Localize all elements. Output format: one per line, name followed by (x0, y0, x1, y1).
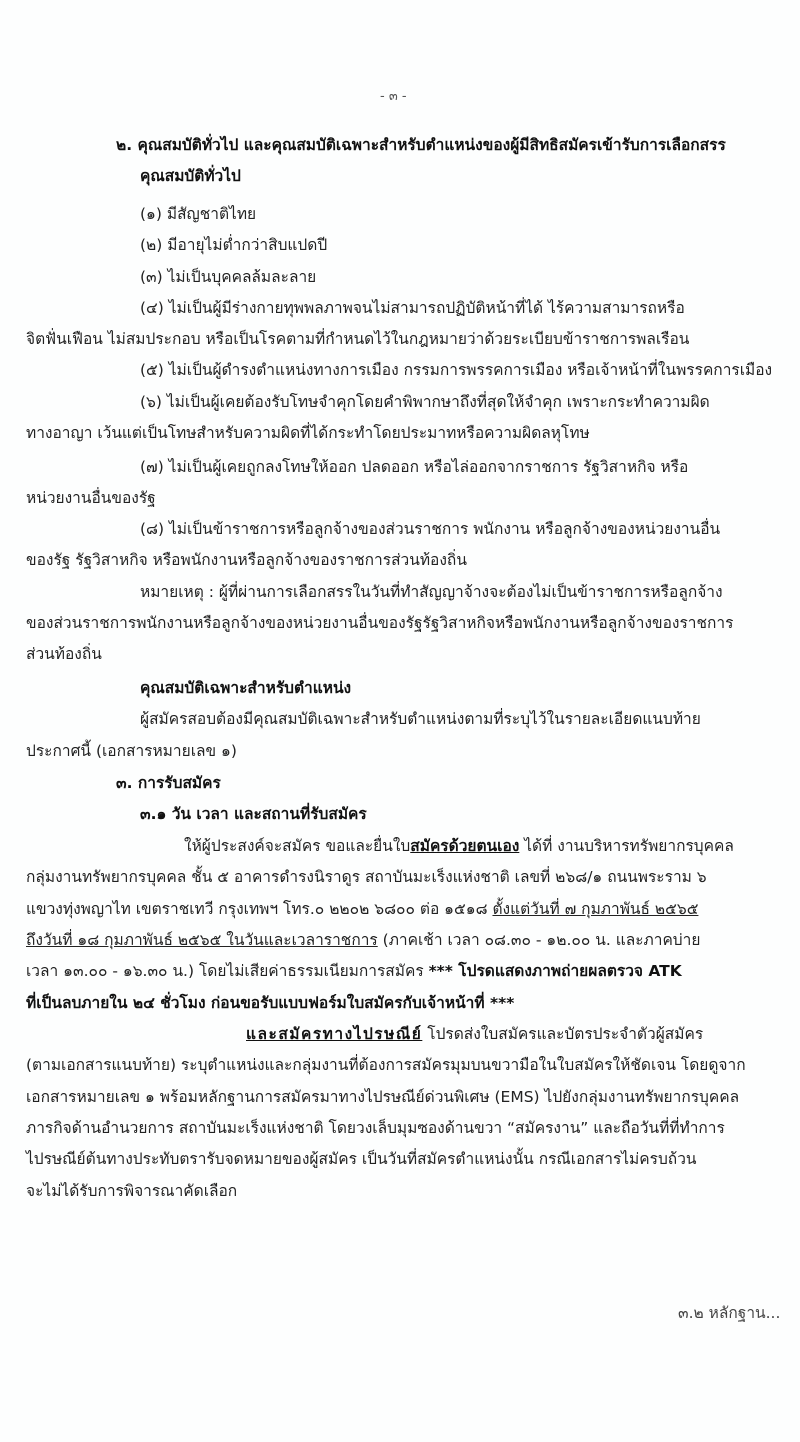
postal-paragraph-line-3: เอกสารหมายเลข ๑ พร้อมหลักฐานการสมัครมาทา… (26, 1086, 739, 1108)
qualification-item-1: (๑) มีสัญชาติไทย (140, 203, 256, 225)
note-line-2: ของส่วนราชการพนักงานหรือลูกจ้างของหน่วยง… (26, 612, 733, 634)
specific-qualifications-line-1: ผู้สมัครสอบต้องมีคุณสมบัติเฉพาะสำหรับตำแ… (140, 708, 701, 730)
qualification-item-2: (๒) มีอายุไม่ต่ำกว่าสิบแปดปี (140, 234, 327, 256)
page-number: - ๓ - (380, 86, 407, 108)
postal-paragraph-line-1: และสมัครทางไปรษณีย์ โปรดส่งใบสมัครและบัต… (246, 1023, 703, 1045)
section-3-1-heading: ๓.๑ วัน เวลา และสถานที่รับสมัคร (140, 803, 367, 825)
note-line-1: หมายเหตุ : ผู้ที่ผ่านการเลือกสรรในวันที่… (140, 581, 723, 603)
section-2-heading: ๒. คุณสมบัติทั่วไป และคุณสมบัติเฉพาะสำหร… (116, 134, 726, 156)
qualification-item-5: (๕) ไม่เป็นผู้ดำรงตำแหน่งทางการเมือง กรร… (140, 359, 772, 381)
qualification-item-4: (๔) ไม่เป็นผู้มีร่างกายทุพพลภาพจนไม่สามา… (140, 297, 685, 319)
document-page: - ๓ - ๒. คุณสมบัติทั่วไป และคุณสมบัติเฉพ… (0, 0, 800, 1442)
text: แขวงทุ่งพญาไท เขตราชเทวี กรุงเทพฯ โทร.๐ … (26, 900, 492, 918)
application-paragraph-line-1: ให้ผู้ประสงค์จะสมัคร ขอและยื่นใบสมัครด้ว… (184, 835, 734, 857)
general-qualifications-title: คุณสมบัติทั่วไป (140, 165, 241, 187)
postal-paragraph-line-5: ไปรษณีย์ต้นทางประทับตรารับจดหมายของผู้สม… (26, 1148, 697, 1170)
atk-notice: *** โปรดแสดงภาพถ่ายผลตรวจ ATK (429, 962, 682, 980)
qualification-item-6: (๖) ไม่เป็นผู้เคยต้องรับโทษจำคุกโดยคำพิพ… (140, 391, 710, 413)
postal-paragraph-line-6: จะไม่ได้รับการพิจารณาคัดเลือก (26, 1180, 237, 1202)
qualification-item-7-cont: หน่วยงานอื่นของรัฐ (26, 487, 156, 509)
application-paragraph-line-3: แขวงทุ่งพญาไท เขตราชเทวี กรุงเทพฯ โทร.๐ … (26, 898, 698, 920)
qualification-item-6-cont: ทางอาญา เว้นแต่เป็นโทษสำหรับความผิดที่ได… (26, 422, 590, 444)
specific-qualifications-title: คุณสมบัติเฉพาะสำหรับตำแหน่ง (140, 677, 351, 699)
application-paragraph-line-4: ถึงวันที่ ๑๘ กุมภาพันธ์ ๒๕๖๕ ในวันและเวล… (26, 929, 700, 951)
qualification-item-8-cont: ของรัฐ รัฐวิสาหกิจ หรือพนักงานหรือลูกจ้า… (26, 549, 467, 571)
application-paragraph-line-5: เวลา ๑๓.๐๐ - ๑๖.๓๐ น.) โดยไม่เสียค่าธรรม… (26, 960, 682, 982)
postal-paragraph-line-4: ภารกิจด้านอำนวยการ สถาบันมะเร็งแห่งชาติ … (26, 1117, 725, 1139)
text: ให้ผู้ประสงค์จะสมัคร ขอและยื่นใบ (184, 837, 410, 855)
text: ได้ที่ งานบริหารทรัพยากรบุคคล (519, 837, 734, 855)
postal-paragraph-line-2: (ตามเอกสารแนบท้าย) ระบุตำแหน่งและกลุ่มงา… (26, 1054, 746, 1076)
date-range-start: ตั้งแต่วันที่ ๗ กุมภาพันธ์ ๒๕๖๕ (492, 900, 698, 918)
qualification-item-8: (๘) ไม่เป็นข้าราชการหรือลูกจ้างของส่วนรา… (140, 518, 720, 540)
atk-notice-cont: ที่เป็นลบภายใน ๒๔ ชั่วโมง ก่อนขอรับแบบฟอ… (26, 992, 514, 1014)
date-range-end: ถึงวันที่ ๑๘ กุมภาพันธ์ ๒๕๖๕ ในวันและเวล… (26, 931, 378, 949)
apply-in-person-emphasis: สมัครด้วยตนเอง (410, 837, 519, 855)
qualification-item-3: (๓) ไม่เป็นบุคคลล้มละลาย (140, 266, 316, 288)
specific-qualifications-line-2: ประกาศนี้ (เอกสารหมายเลข ๑) (26, 740, 237, 762)
section-3-heading: ๓. การรับสมัคร (116, 772, 221, 794)
apply-by-mail-emphasis: และสมัครทางไปรษณีย์ (246, 1025, 422, 1043)
application-paragraph-line-2: กลุ่มงานทรัพยากรบุคคล ชั้น ๕ อาคารดำรงนิ… (26, 866, 707, 888)
note-line-3: ส่วนท้องถิ่น (26, 643, 102, 665)
qualification-item-4-cont: จิตฟั่นเฟือน ไม่สมประกอบ หรือเป็นโรคตามท… (26, 328, 689, 350)
text: เวลา ๑๓.๐๐ - ๑๖.๓๐ น.) โดยไม่เสียค่าธรรม… (26, 962, 429, 980)
continuation-marker: ๓.๒ หลักฐาน... (678, 1302, 780, 1324)
qualification-item-7: (๗) ไม่เป็นผู้เคยถูกลงโทษให้ออก ปลดออก ห… (140, 456, 688, 478)
text: โปรดส่งใบสมัครและบัตรประจำตัวผู้สมัคร (422, 1025, 703, 1043)
text: (ภาคเช้า เวลา ๐๘.๓๐ - ๑๒.๐๐ น. และภาคบ่า… (378, 931, 701, 949)
